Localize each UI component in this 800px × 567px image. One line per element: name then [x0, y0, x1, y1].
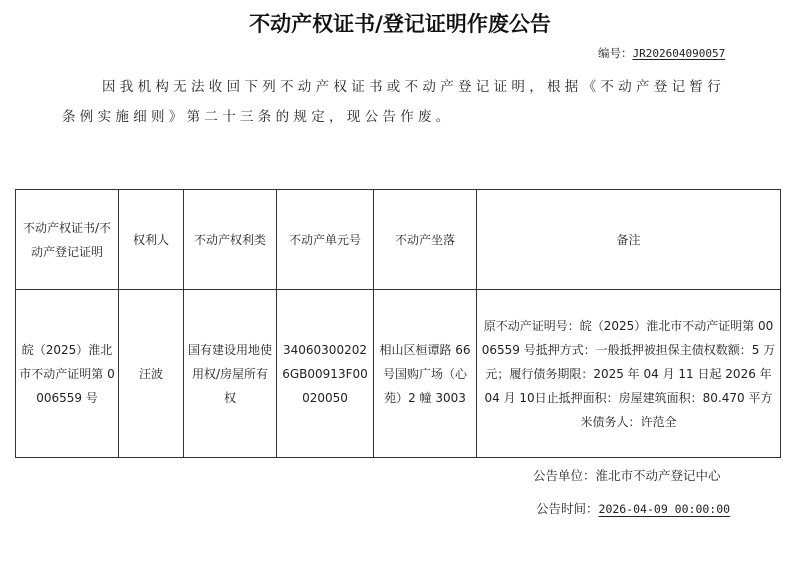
cell-remark: 原不动产证明号：皖（2025）淮北市不动产证明第 0006559 号抵押方式：一…: [477, 290, 781, 458]
header-right-type: 不动产权利类: [184, 190, 277, 290]
cell-holder: 汪波: [119, 290, 184, 458]
serial-number: 编号：JR202604090057: [598, 45, 725, 61]
unit-label: 公告单位：: [533, 468, 596, 483]
serial-label: 编号：: [598, 46, 633, 60]
cell-unit-number: 340603002026GB00913F00020050: [277, 290, 374, 458]
page-title: 不动产权证书/登记证明作废公告: [0, 8, 800, 38]
unit-value: 淮北市不动产登记中心: [596, 468, 721, 483]
header-holder: 权利人: [119, 190, 184, 290]
intro-paragraph: 因我机构无法收回下列不动产权证书或不动产登记证明，根据《不动产登记暂行条例实施细…: [62, 72, 742, 132]
table-row: 皖（2025）淮北市不动产证明第 0006559 号 汪波 国有建设用地使用权/…: [16, 290, 781, 458]
issuing-unit: 公告单位：淮北市不动产登记中心: [533, 466, 721, 484]
intro-text: 因我机构无法收回下列不动产权证书或不动产登记证明，根据《不动产登记暂行条例实施细…: [62, 79, 725, 125]
cell-certificate: 皖（2025）淮北市不动产证明第 0006559 号: [16, 290, 119, 458]
time-label: 公告时间：: [536, 501, 599, 516]
serial-value: JR202604090057: [633, 47, 726, 60]
header-certificate: 不动产权证书/不动产登记证明: [16, 190, 119, 290]
header-location: 不动产坐落: [374, 190, 477, 290]
cell-right-type: 国有建设用地使用权/房屋所有权: [184, 290, 277, 458]
void-notice-table: 不动产权证书/不动产登记证明 权利人 不动产权利类 不动产单元号 不动产坐落 备…: [15, 189, 781, 458]
cell-location: 相山区桓谭路 66 号国购广场（心苑）2 幢 3003: [374, 290, 477, 458]
header-unit-number: 不动产单元号: [277, 190, 374, 290]
notice-time: 公告时间：2026-04-09 00:00:00: [536, 499, 730, 517]
header-remark: 备注: [477, 190, 781, 290]
table-header-row: 不动产权证书/不动产登记证明 权利人 不动产权利类 不动产单元号 不动产坐落 备…: [16, 190, 781, 290]
time-value: 2026-04-09 00:00:00: [599, 502, 731, 516]
